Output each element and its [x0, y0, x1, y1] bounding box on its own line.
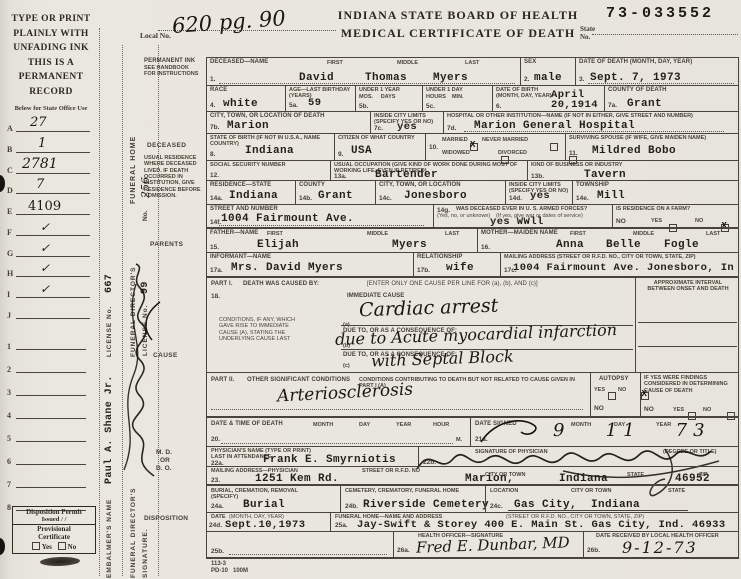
- line-letter: C: [7, 166, 13, 175]
- signature-label: SIGNATURE.: [142, 528, 149, 578]
- inside-city-limits-value: yes: [397, 122, 417, 133]
- field-informant-name: INFORMANT—NAME 17a. Mrs. David Myers: [206, 252, 413, 276]
- field-under-1-year: UNDER 1 YEAR MOS. DAYS 5b.: [355, 85, 422, 111]
- informant-address-value: 1004 Fairmount Ave. Jonesboro, In: [513, 263, 734, 274]
- date-received-value: 9-12-73: [622, 540, 698, 556]
- binder-notch: [0, 538, 5, 555]
- field-other-significant-conditions: PART II. OTHER SIGNIFICANT CONDITIONS CO…: [206, 372, 590, 416]
- residence-state-value: Indiana: [229, 191, 278, 202]
- field-number: NO: [644, 406, 654, 413]
- married-x-mark: X: [470, 140, 475, 150]
- field-number: 17b.: [417, 267, 430, 274]
- field-label: RELATIONSHIP: [417, 254, 462, 261]
- line-rule: [16, 173, 90, 174]
- line-letter: E: [7, 207, 12, 216]
- value-rule: [229, 554, 387, 555]
- autopsy-no-label: NO: [618, 387, 626, 393]
- grid-bottom-border: [206, 557, 739, 559]
- field-ssn: SOCIAL SECURITY NUMBER 12.: [206, 160, 330, 180]
- interval-rule: [638, 346, 737, 347]
- field-physician-name: PHYSICIAN'S NAME (TYPE OR PRINT) LAST IN…: [206, 446, 418, 466]
- line-value: ✓: [40, 283, 50, 295]
- field-label: RESIDENCE—STATE: [210, 182, 271, 189]
- provisional-no-checkbox: [58, 542, 66, 550]
- field-label: CEMETERY, CREMATORY, FUNERAL HOME: [345, 488, 481, 494]
- findings-label: IF YES WERE FINDINGS CONSIDERED IN DETER…: [644, 375, 736, 394]
- field-label: STREET AND NUMBER: [210, 206, 278, 213]
- sub-label-middle: MIDDLE: [367, 231, 388, 237]
- embalmer-name-label: EMBALMER'S NAME: [106, 499, 113, 578]
- line-rule: [16, 441, 86, 442]
- line-rule: [16, 235, 90, 236]
- date-of-birth-value: April 20,1914: [551, 90, 603, 110]
- line-rule: [16, 152, 90, 153]
- field-under-1-day: UNDER 1 DAY HOURS MIN. 5c.: [422, 85, 492, 111]
- usual-residence-note: USUAL RESIDENCE WHERE DECEASED LIVED. IF…: [144, 155, 202, 199]
- married-label: MARRIED: [442, 137, 468, 143]
- field-label: MAILING ADDRESS (STREET OR R.F.D. NO., C…: [504, 254, 736, 260]
- field-number: 7d.: [447, 125, 456, 132]
- permit-issued-label: Issued: [42, 516, 60, 523]
- field-label: WAS DECEASED EVER IN U. S. ARMED FORCES?: [456, 206, 608, 212]
- field-number: 25a.: [335, 522, 348, 529]
- street-number-value: 1004 Fairmount Ave.: [221, 214, 354, 225]
- value-rule: [219, 225, 424, 226]
- field-number: 1.: [210, 76, 215, 83]
- part1-header: PART I. DEATH WAS CAUSED BY: [ENTER ONLY…: [206, 276, 635, 291]
- field-number: 18.: [211, 293, 220, 300]
- office-use-label: Below for State Office Use: [4, 105, 98, 112]
- line-letter: F: [7, 228, 12, 237]
- field-number: 10.: [429, 144, 438, 151]
- stray-pen-mark: [140, 300, 162, 342]
- first-name-value: David: [299, 73, 334, 84]
- line-value: ✓: [40, 262, 50, 274]
- provisional-yes-label: Yes: [42, 543, 52, 551]
- field-label: RACE: [210, 87, 227, 94]
- state-of-birth-value: Indiana: [245, 146, 294, 157]
- funeral-home-value: Jay-Swift & Storey 400 E. Main St. Gas C…: [357, 520, 726, 531]
- line-value: ✓: [40, 242, 50, 254]
- line-rule: [16, 418, 86, 419]
- instruction-line: PLAINLY WITH: [4, 27, 98, 42]
- sub-label-last: LAST: [706, 231, 720, 237]
- field-physician-address: MAILING ADDRESS—PHYSICIAN STREET OR R.F.…: [206, 466, 739, 484]
- field-number: 24b.: [345, 503, 358, 510]
- field-informant-address: MAILING ADDRESS (STREET OR R.F.D. NO., C…: [500, 252, 739, 276]
- field-marital-status: 10. MARRIED X NEVER MARRIED WIDOWED DIVO…: [425, 133, 565, 160]
- field-number: NO: [616, 218, 626, 225]
- form-number-line1: 113-3: [211, 561, 226, 567]
- field-label: FATHER—NAME: [210, 230, 258, 237]
- line-letter: I: [7, 290, 10, 299]
- sub-label-middle: MIDDLE: [397, 60, 418, 66]
- day-header: DAY: [359, 422, 370, 428]
- field-label: TOWNSHIP: [576, 182, 609, 189]
- field-date-of-death: DATE OF DEATH (MONTH, DAY, YEAR) 3. Sept…: [575, 57, 739, 85]
- interval-rule: [638, 322, 737, 323]
- state-no-label2: No.: [580, 33, 590, 41]
- field-deceased-name: DECEASED—NAME FIRST MIDDLE LAST 1. David…: [206, 57, 520, 85]
- state-header: STATE: [668, 488, 685, 494]
- field-label: SURVIVING SPOUSE (IF WIFE, GIVE MAIDEN N…: [569, 135, 737, 141]
- instruction-line: THIS IS A: [4, 56, 98, 71]
- field-autopsy: AUTOPSY YES NO X NO: [590, 372, 640, 416]
- field-number: 24a.: [211, 503, 224, 510]
- autopsy-yes-label: YES: [594, 387, 605, 393]
- line-number: 8: [7, 503, 11, 512]
- permit-title: Disposition Permit: [13, 508, 95, 516]
- instruction-line: UNFADING INK: [4, 41, 98, 56]
- permit-issued-slashes: / /: [61, 516, 66, 523]
- funeral-director-signature: [110, 262, 158, 482]
- part1-note: [ENTER ONLY ONE CAUSE PER LINE FOR (a), …: [367, 281, 538, 288]
- field-hospital: HOSPITAL OR OTHER INSTITUTION—NAME (IF N…: [443, 111, 739, 133]
- relationship-value: wife: [446, 263, 474, 274]
- instruction-line: TYPE OR PRINT: [4, 12, 98, 27]
- field-number: 2.: [524, 76, 529, 83]
- field-number: 24c.: [490, 503, 503, 510]
- field-armed-forces: WAS DECEASED EVER IN U. S. ARMED FORCES?…: [433, 204, 612, 227]
- line-rule: [16, 276, 90, 277]
- field-number: 14c.: [379, 195, 392, 202]
- line-number: 1: [7, 342, 11, 351]
- field-label: SOCIAL SECURITY NUMBER: [210, 162, 286, 168]
- field-25b: 25b.: [206, 531, 393, 558]
- field-funeral-home: FUNERAL HOME—NAME AND ADDRESS (STREET OR…: [330, 512, 739, 531]
- field-cause-of-death: 18. IMMEDIATE CAUSE CONDITIONS, IF ANY, …: [206, 291, 635, 372]
- field-label: COUNTY: [299, 182, 325, 189]
- field-number: 25b.: [211, 548, 224, 555]
- line-rule: [16, 214, 90, 215]
- title-line1: INDIANA STATE BOARD OF HEALTH: [318, 8, 598, 23]
- field-number: 5a.: [289, 102, 298, 109]
- sub-label-first: FIRST: [267, 231, 283, 237]
- field-number: 11.: [569, 150, 578, 157]
- cause-c-value: with Septal Block: [371, 349, 514, 370]
- part1-label: PART I.: [211, 281, 233, 288]
- line-number: 5: [7, 434, 11, 443]
- disposition-section-label: DISPOSITION: [144, 515, 188, 522]
- conditions-note: CONDITIONS, IF ANY, WHICH GAVE RISE TO I…: [219, 317, 305, 342]
- field-age: AGE—LAST BIRTHDAY (YEARS) 5a. 59: [285, 85, 355, 111]
- field-number: 5b.: [359, 103, 368, 110]
- local-no-value: 620 pg. 90: [171, 8, 286, 37]
- field-number: 13a.: [334, 173, 347, 180]
- disposition-permit-box: Disposition Permit Issued / / Provisiona…: [12, 506, 96, 554]
- sub-label: HOURS MIN.: [426, 94, 464, 100]
- field-label: DATE & TIME OF DEATH: [211, 421, 283, 428]
- field-label: UNDER 1 YEAR: [359, 87, 400, 93]
- surviving-spouse-value: Mildred Bobo: [592, 146, 676, 157]
- provisional-no-label: No: [68, 543, 77, 551]
- field-physician-signature: SIGNATURE OF PHYSICIAN (DEGREE OR TITLE)…: [418, 446, 739, 466]
- value-rule: [211, 409, 583, 410]
- field-citizen-of: CITIZEN OF WHAT COUNTRY 9. USA: [334, 133, 425, 160]
- field-residence-county: COUNTY 14b. Grant: [295, 180, 375, 204]
- line-rule: [16, 464, 86, 465]
- disposition-date-value: Sept.10,1973: [225, 520, 305, 531]
- part2-label: PART II.: [211, 377, 234, 384]
- field-state-of-birth: STATE OF BIRTH (IF NOT IN U.S.A., NAME C…: [206, 133, 334, 160]
- township-value: Mill: [597, 191, 625, 202]
- sidebar-instructions: TYPE OR PRINT PLAINLY WITH UNFADING INK …: [4, 12, 98, 112]
- line-rule: [16, 349, 86, 350]
- field-number: 17a.: [210, 267, 223, 274]
- father-last-value: Myers: [392, 240, 427, 251]
- line-letter: H: [7, 269, 13, 278]
- field-health-officer-signature: HEALTH OFFICER—SIGNATURE 26a. Fred E. Du…: [393, 531, 583, 558]
- line-number: 3: [7, 388, 11, 397]
- do-label: D. O.: [156, 465, 172, 472]
- other-conditions-value: Arteriosclerosis: [277, 381, 414, 405]
- field-number: 6.: [496, 103, 501, 110]
- residence-inside-limits-value: yes: [530, 191, 550, 202]
- line-number: 6: [7, 457, 11, 466]
- field-surviving-spouse: SURVIVING SPOUSE (IF WIFE, GIVE MAIDEN N…: [565, 133, 739, 160]
- field-label: SEX: [524, 59, 536, 66]
- line-letter: B: [7, 145, 12, 154]
- field-business-industry: KIND OF BUSINESS OR INDUSTRY 13b. Tavern: [527, 160, 739, 180]
- mother-middle-value: Belle: [606, 240, 641, 251]
- field-number: 7b.: [210, 124, 219, 131]
- field-city-of-death: CITY, TOWN, OR LOCATION OF DEATH 7b. Mar…: [206, 111, 370, 133]
- death-certificate-scan: Local No. 620 pg. 90 INDIANA STATE BOARD…: [0, 0, 741, 579]
- cause-line-c-prefix: (c): [343, 363, 350, 369]
- sub-label-last: LAST: [465, 60, 479, 66]
- provisional-label2: Certificate: [13, 533, 95, 541]
- field-township: TOWNSHIP 14e. Mill: [572, 180, 739, 204]
- field-number: 14d.: [509, 195, 522, 202]
- state-file-number-stamp: 73-033552: [606, 5, 714, 22]
- year-header: YEAR: [396, 422, 411, 428]
- cause-a-value: Cardiac arrest: [359, 297, 499, 321]
- field-number: 26a.: [397, 547, 410, 554]
- state-no-line: [592, 34, 738, 35]
- funeral-home-label: FUNERAL HOME: [130, 136, 137, 204]
- field-number: 24d.: [209, 522, 222, 529]
- part1-caused-by-label: DEATH WAS CAUSED BY:: [243, 281, 319, 288]
- field-number: 4.: [210, 102, 215, 109]
- mother-first-value: Anna: [556, 240, 584, 251]
- farm-yes-label: YES: [651, 218, 662, 224]
- column-separator: [99, 28, 100, 576]
- line-value: 1: [38, 137, 46, 150]
- city-of-death-value: Marion: [227, 121, 269, 132]
- funeral-home-no-label: No.: [142, 210, 149, 221]
- md-or-label: OR: [160, 457, 170, 464]
- field-label: UNDER 1 DAY: [426, 87, 463, 93]
- autopsy-label: AUTOPSY: [599, 376, 629, 383]
- field-number: 12.: [210, 172, 219, 179]
- field-number: 8.: [210, 151, 215, 158]
- form-number-line2: PD-10 100M: [211, 568, 248, 574]
- field-number: 9.: [338, 151, 343, 158]
- line-rule: [16, 395, 86, 396]
- field-label: DECEASED—NAME: [210, 59, 268, 66]
- sub-label: (Yes, no, or unknown): [437, 213, 490, 219]
- line-number: 4: [7, 411, 11, 420]
- interval-column: APPROXIMATE INTERVAL BETWEEN ONSET AND D…: [635, 276, 739, 372]
- line-letter: G: [7, 249, 13, 258]
- hour-header: HOUR: [433, 422, 449, 428]
- field-label: CITY, TOWN, OR LOCATION OF DEATH: [210, 113, 325, 120]
- state-no-label: State: [580, 25, 595, 33]
- field-residence-city: CITY, TOWN, OR LOCATION 14c. Jonesboro: [375, 180, 505, 204]
- field-label: MOTHER—MAIDEN NAME: [481, 230, 558, 237]
- line-value: 4109: [28, 200, 61, 213]
- findings-no-label: NO: [703, 407, 711, 413]
- field-label: LOCATION: [490, 488, 518, 494]
- field-number: 16.: [481, 244, 490, 251]
- md-label: M. D.: [156, 449, 172, 456]
- disposition-location-value: Gas City, Indiana: [514, 500, 640, 511]
- field-label: DATE OF DEATH (MONTH, DAY, YEAR): [579, 59, 735, 66]
- line-value: 7: [36, 178, 44, 191]
- farm-no-label: NO: [695, 218, 703, 224]
- sub-label-last: LAST: [445, 231, 459, 237]
- line-number: 2: [7, 365, 11, 374]
- field-number: 26b.: [587, 547, 600, 554]
- last-name-value: Myers: [433, 73, 468, 84]
- field-number: 5c.: [426, 103, 435, 110]
- autopsy-yes-checkbox: [608, 392, 616, 400]
- field-number: 7c.: [374, 125, 383, 132]
- line-letter: A: [7, 124, 13, 133]
- grid-right-border: [738, 57, 739, 558]
- date-of-death-value: Sept. 7, 1973: [590, 73, 681, 84]
- field-residence-on-farm: IS RESIDENCE ON A FARM? NO YES NO X: [612, 204, 739, 227]
- residence-county-value: Grant: [318, 191, 353, 202]
- cause-section-label: CAUSE: [153, 352, 178, 359]
- deceased-section-label: DECEASED: [147, 142, 186, 149]
- street-header: STREET OR R.F.D. NO: [362, 468, 420, 474]
- informant-name-value: Mrs. David Myers: [231, 263, 343, 274]
- field-label: IS RESIDENCE ON A FARM?: [616, 206, 690, 212]
- field-label: INFORMANT—NAME: [210, 254, 271, 261]
- line-number: 7: [7, 480, 11, 489]
- field-mother-name: MOTHER—MAIDEN NAME FIRST MIDDLE LAST 16.…: [477, 227, 739, 252]
- never-married-checkbox: [550, 143, 558, 151]
- line-rule: [16, 318, 90, 319]
- findings-yes-label: YES: [673, 407, 684, 413]
- line-rule: [16, 193, 90, 194]
- sub-label-first: FIRST: [327, 60, 343, 66]
- residence-city-value: Jonesboro: [404, 191, 467, 202]
- armed-forces-value: yes WWll: [490, 217, 544, 228]
- divorced-label: DIVORCED: [498, 150, 527, 156]
- permanent-ink-label: PERMANENT INK: [144, 58, 202, 65]
- hospital-value: Marion General Hospital: [474, 121, 635, 132]
- field-number: 20.: [211, 436, 220, 443]
- instruction-line: PERMANENT: [4, 70, 98, 85]
- field-residence-inside-limits: INSIDE CITY LIMITS (SPECIFY YES OR NO) 1…: [505, 180, 572, 204]
- provisional-label1: Provisional: [13, 525, 95, 533]
- field-disposition-date: DATE (MONTH, DAY, YEAR) 24d. Sept.10,197…: [206, 512, 330, 531]
- field-number: 13b.: [531, 173, 544, 180]
- field-number: 14e.: [576, 195, 589, 202]
- field-race: RACE 4. white: [206, 85, 285, 111]
- field-cemetery: CEMETERY, CREMATORY, FUNERAL HOME 24b. R…: [340, 484, 485, 512]
- city-header: CITY OR TOWN: [571, 488, 611, 494]
- ink-stamp-blob: [40, 556, 80, 566]
- field-autopsy-findings: IF YES WERE FINDINGS CONSIDERED IN DETER…: [640, 372, 739, 416]
- instruction-line: RECORD: [4, 85, 98, 100]
- never-married-label: NEVER MARRIED: [482, 137, 528, 143]
- line-rule: [16, 487, 86, 488]
- line-letter: J: [7, 311, 11, 320]
- physician-name-value: Frank E. Smyrniotis: [263, 455, 396, 466]
- field-label: CITY, TOWN, OR LOCATION: [379, 182, 461, 189]
- sub-label-first: FIRST: [570, 231, 586, 237]
- field-inside-city-limits-death: INSIDE CITY LIMITS (SPECIFY YES OR NO) 7…: [370, 111, 443, 133]
- middle-name-value: Thomas: [365, 73, 407, 84]
- citizen-value: USA: [351, 146, 372, 157]
- county-of-death-value: Grant: [627, 99, 662, 110]
- field-label: DATE: [211, 514, 226, 520]
- field-number: 23.: [211, 477, 220, 484]
- field-label: KIND OF BUSINESS OR INDUSTRY: [531, 162, 622, 168]
- field-burial-type: BURIAL, CREMATION, REMOVAL (SPECIFY) 24a…: [206, 484, 340, 512]
- line-value: 27: [30, 116, 47, 129]
- field-label: COUNTY OF DEATH: [608, 87, 667, 94]
- line-letter: D: [7, 186, 13, 195]
- field-number: 7a.: [608, 102, 617, 109]
- field-number: 15.: [210, 244, 219, 251]
- field-relationship: RELATIONSHIP 17b. wife: [413, 252, 500, 276]
- field-label2: (SPECIFY): [211, 494, 238, 500]
- field-label: DATE OF BIRTH (MONTH, DAY, YEAR): [496, 87, 554, 100]
- provisional-yes-checkbox: [32, 542, 40, 550]
- burial-type-value: Burial: [243, 500, 285, 511]
- cemetery-value: Riverside Cemetery: [363, 500, 489, 511]
- line-rule: [16, 131, 90, 132]
- field-date-of-birth: DATE OF BIRTH (MONTH, DAY, YEAR) 6. Apri…: [492, 85, 604, 111]
- line-value: ✓: [40, 221, 50, 233]
- father-first-value: Elijah: [257, 240, 299, 251]
- field-disposition-location: LOCATION CITY OR TOWN STATE 24c. Gas Cit…: [485, 484, 739, 512]
- field-street-number: STREET AND NUMBER 14f. 1004 Fairmount Av…: [206, 204, 433, 227]
- line-rule: [16, 256, 90, 257]
- field-number: 14b.: [299, 195, 312, 202]
- local-no-label: Local No.: [140, 31, 171, 40]
- month-header: MONTH: [313, 422, 333, 428]
- field-residence-state: RESIDENCE—STATE 14a. Indiana: [206, 180, 295, 204]
- field-father-name: FATHER—NAME FIRST MIDDLE LAST 15. Elijah…: [206, 227, 477, 252]
- mother-last-value: Fogle: [664, 240, 699, 251]
- field-county-of-death: COUNTY OF DEATH 7a. Grant: [604, 85, 739, 111]
- widowed-label: WIDOWED: [442, 150, 470, 156]
- health-officer-signature-value: Fred E. Dunbar, MD: [416, 535, 570, 555]
- line-rule: [16, 372, 86, 373]
- funeral-directors-label: FUNERAL DIRECTOR'S: [130, 488, 137, 578]
- interval-label: APPROXIMATE INTERVAL BETWEEN ONSET AND D…: [640, 280, 736, 293]
- race-value: white: [223, 99, 258, 110]
- title-line2: MEDICAL CERTIFICATE OF DEATH: [318, 26, 598, 41]
- age-value: 59: [308, 98, 321, 109]
- line-value: 2781: [22, 157, 58, 171]
- married-checkbox: X: [470, 143, 478, 151]
- field-date-received: DATE RECEIVED BY LOCAL HEALTH OFFICER 26…: [583, 531, 739, 558]
- parents-section-label: PARENTS: [150, 241, 183, 248]
- see-handbook-label: SEE HANDBOOK FOR INSTRUCTIONS: [144, 65, 200, 78]
- field-label: CITIZEN OF WHAT COUNTRY: [338, 135, 422, 141]
- field-number: NO: [594, 405, 604, 412]
- field-number: 14a.: [210, 195, 223, 202]
- sub-label: MOS. DAYS: [359, 94, 395, 100]
- field-usual-occupation: USUAL OCCUPATION (GIVE KIND OF WORK DONE…: [330, 160, 527, 180]
- sub-label-middle: MIDDLE: [633, 231, 654, 237]
